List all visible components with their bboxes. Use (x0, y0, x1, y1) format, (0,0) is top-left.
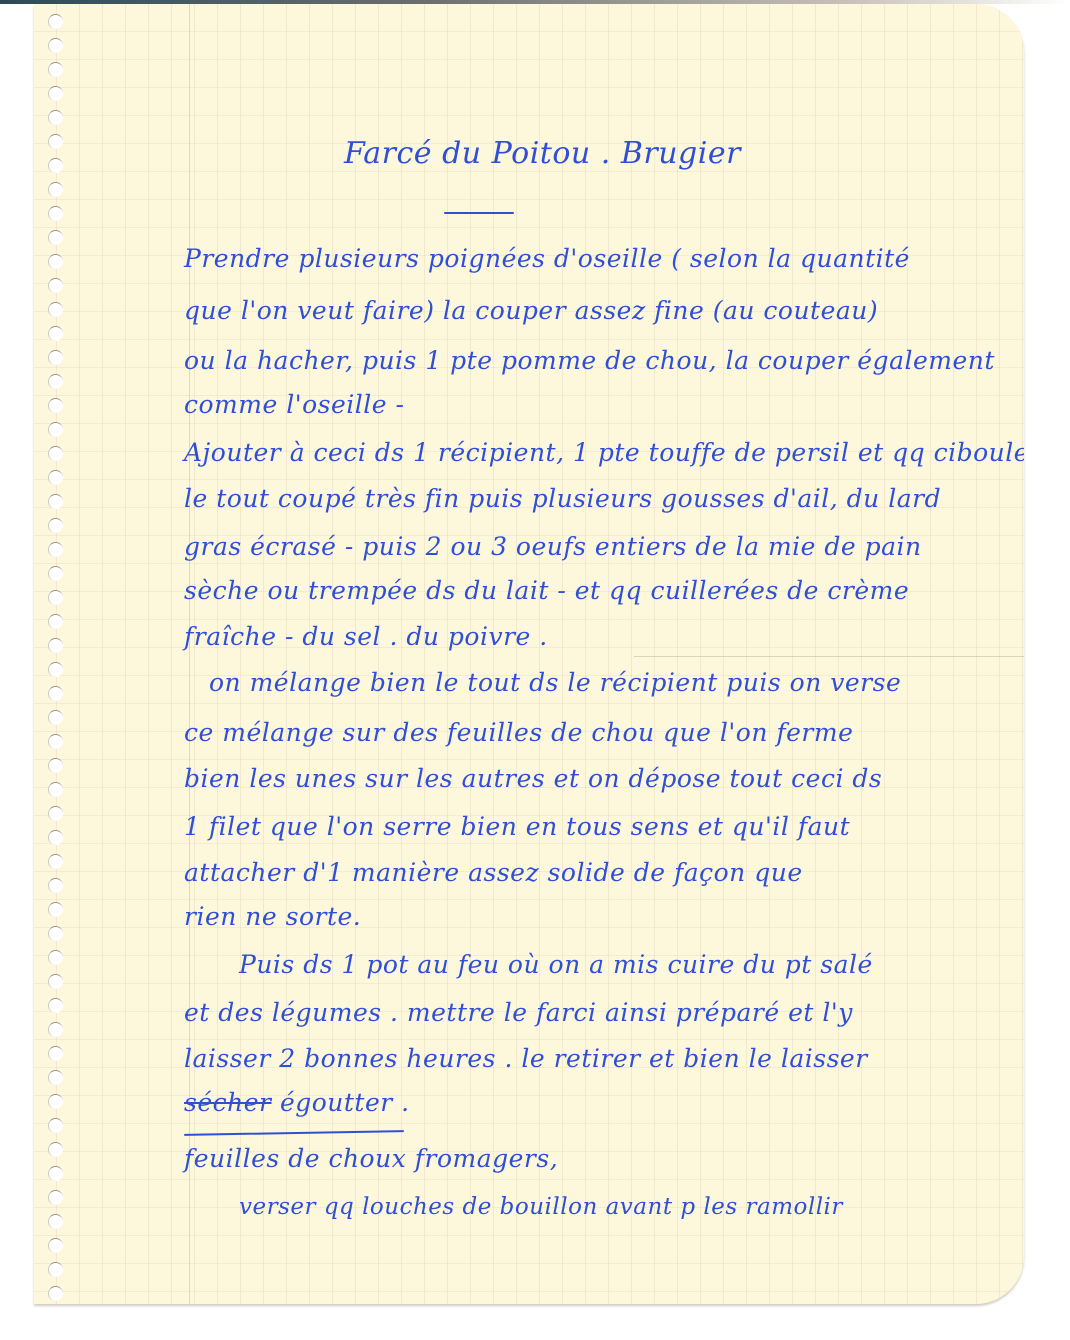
spiral-hole-icon (48, 14, 63, 29)
recipe-line: égoutter . (280, 1088, 410, 1117)
spiral-hole-icon (48, 86, 63, 101)
recipe-line: bien les unes sur les autres et on dépos… (184, 764, 882, 793)
spiral-hole-icon (48, 734, 63, 749)
spiral-hole-icon (48, 470, 63, 485)
spiral-hole-icon (48, 1070, 63, 1085)
spiral-hole-icon (48, 278, 63, 293)
recipe-line: Prendre plusieurs poignées d'oseille ( s… (184, 244, 910, 273)
recipe-line: et des légumes . mettre le farci ainsi p… (184, 998, 853, 1027)
recipe-line: ou la hacher, puis 1 pte pomme de chou, … (184, 346, 995, 375)
spiral-hole-icon (48, 854, 63, 869)
notebook-page: Farcé du Poitou . Brugier Prendre plusie… (34, 4, 1024, 1304)
title-underline (444, 212, 514, 214)
recipe-line: comme l'oseille - (184, 390, 404, 419)
spiral-hole-icon (48, 38, 63, 53)
spiral-hole-icon (48, 230, 63, 245)
recipe-line: ce mélange sur des feuilles de chou que … (184, 718, 853, 747)
spiral-hole-icon (48, 662, 63, 677)
spiral-hole-icon (48, 158, 63, 173)
spiral-hole-icon (48, 374, 63, 389)
spiral-hole-icon (48, 182, 63, 197)
struck-word: sécher (184, 1088, 271, 1117)
spiral-hole-icon (48, 902, 63, 917)
spiral-hole-icon (48, 590, 63, 605)
spiral-hole-icon (48, 1214, 63, 1229)
note-line: verser qq louches de bouillon avant p le… (239, 1194, 843, 1220)
spiral-hole-icon (48, 782, 63, 797)
recipe-line: fraîche - du sel . du poivre . (184, 622, 548, 651)
spiral-hole-icon (48, 1238, 63, 1253)
note-line: feuilles de choux fromagers, (184, 1144, 558, 1173)
spiral-hole-icon (48, 326, 63, 341)
spiral-hole-icon (48, 206, 63, 221)
recipe-line: gras écrasé - puis 2 ou 3 oeufs entiers … (184, 532, 922, 561)
recipe-line: rien ne sorte. (184, 902, 361, 931)
spiral-hole-icon (48, 686, 63, 701)
recipe-line: sèche ou trempée ds du lait - et qq cuil… (184, 576, 909, 605)
spiral-hole-icon (48, 806, 63, 821)
spiral-hole-icon (48, 1166, 63, 1181)
recipe-line: le tout coupé très fin puis plusieurs go… (184, 484, 941, 513)
spiral-hole-icon (48, 110, 63, 125)
spiral-hole-icon (48, 1046, 63, 1061)
spiral-hole-icon (48, 950, 63, 965)
spiral-hole-icon (48, 1286, 63, 1301)
recipe-line: laisser 2 bonnes heures . le retirer et … (184, 1044, 868, 1073)
spiral-hole-icon (48, 1262, 63, 1277)
recipe-line: 1 filet que l'on serre bien en tous sens… (184, 812, 850, 841)
spiral-hole-icon (48, 254, 63, 269)
spiral-hole-icon (48, 830, 63, 845)
spiral-hole-icon (48, 398, 63, 413)
recipe-line: Puis ds 1 pot au feu où on a mis cuire d… (239, 950, 873, 979)
spiral-hole-icon (48, 1118, 63, 1133)
spiral-hole-icon (48, 998, 63, 1013)
spiral-hole-icon (48, 878, 63, 893)
paper-fold-crease (634, 656, 1024, 657)
spiral-hole-icon (48, 542, 63, 557)
spiral-hole-icon (48, 518, 63, 533)
spiral-hole-icon (48, 1022, 63, 1037)
spiral-hole-icon (48, 758, 63, 773)
spiral-holes (34, 4, 70, 1304)
spiral-hole-icon (48, 134, 63, 149)
spiral-hole-icon (48, 62, 63, 77)
spiral-hole-icon (48, 446, 63, 461)
recipe-line: on mélange bien le tout ds le récipient … (209, 668, 901, 697)
spiral-hole-icon (48, 1190, 63, 1205)
recipe-title: Farcé du Poitou . Brugier (344, 136, 741, 171)
spiral-hole-icon (48, 638, 63, 653)
spiral-hole-icon (48, 710, 63, 725)
spiral-hole-icon (48, 614, 63, 629)
recipe-line: attacher d'1 manière assez solide de faç… (184, 858, 803, 887)
spiral-hole-icon (48, 302, 63, 317)
recipe-line-with-strike: sécher égoutter . (184, 1088, 410, 1117)
spiral-hole-icon (48, 926, 63, 941)
spiral-hole-icon (48, 494, 63, 509)
spiral-hole-icon (48, 1094, 63, 1109)
spiral-hole-icon (48, 566, 63, 581)
recipe-line: que l'on veut faire) la couper assez fin… (184, 296, 878, 325)
spiral-hole-icon (48, 350, 63, 365)
spiral-hole-icon (48, 974, 63, 989)
spiral-hole-icon (48, 1142, 63, 1157)
recipe-line: Ajouter à ceci ds 1 récipient, 1 pte tou… (184, 438, 1024, 467)
spiral-hole-icon (48, 422, 63, 437)
section-divider (184, 1130, 404, 1136)
